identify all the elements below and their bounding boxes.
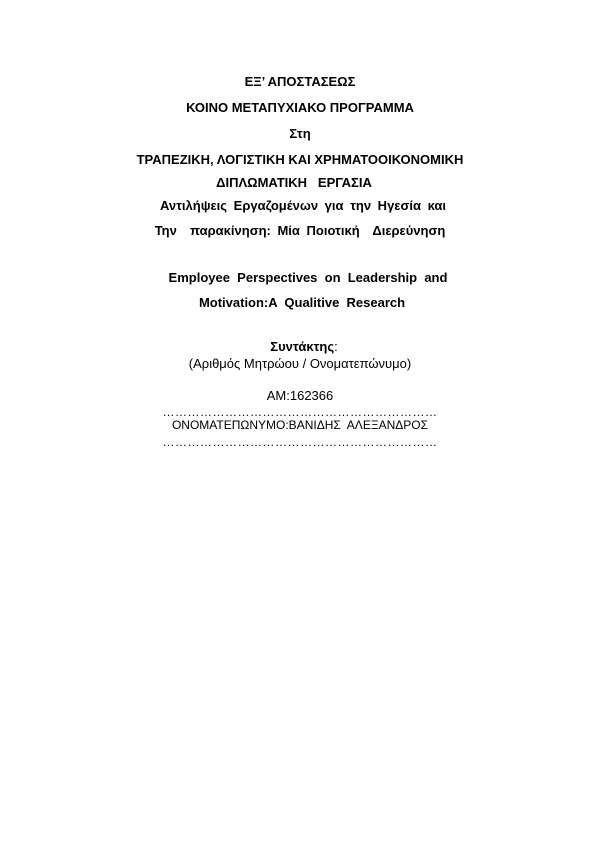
- dotted-line-top: …………………………………………………………: [0, 406, 600, 418]
- title-greek-line2: Την παρακίνηση: Μία Ποιοτική Διερεύνηση: [0, 224, 600, 237]
- title-greek-line1: Αντιλήψεις Εργαζομένων για την Ηγεσία κα…: [3, 199, 600, 212]
- title-english-line2: Motivation:A Qualitive Research: [2, 296, 600, 309]
- header-program: ΚΟΙΝΟ ΜΕΤΑΠΥΧΙΑΚΟ ΠΡΟΓΡΑΜΜΑ: [0, 101, 600, 114]
- author-name: ΟΝΟΜΑΤΕΠΩΝΥΜΟ:ΒΑΝΙΔΗΣ ΑΛΕΞΑΝΔΡΟΣ: [0, 419, 600, 431]
- author-label-text: Συντάκτης: [270, 339, 334, 354]
- author-label-colon: :: [334, 339, 338, 354]
- header-thesis: ΔΙΠΛΩΜΑΤΙΚΗ ΕΡΓΑΣΙΑ: [0, 176, 594, 189]
- header-in: Στη: [0, 127, 600, 140]
- author-hint: (Αριθμός Μητρώου / Ονοματεπώνυμο): [0, 357, 600, 370]
- registration-number: ΑΜ:162366: [0, 389, 600, 402]
- header-field: ΤΡΑΠΕΖΙΚΗ, ΛΟΓΙΣΤΙΚΗ ΚΑΙ ΧΡΗΜΑΤΟΟΙΚΟΝΟΜΙ…: [0, 153, 600, 166]
- header-distance-learning: ΕΞ’ ΑΠΟΣΤΑΣΕΩΣ: [0, 75, 600, 88]
- dotted-line-bottom: …………………………………………………………: [0, 436, 600, 448]
- author-label: Συντάκτης:: [4, 340, 600, 353]
- title-english-line1: Employee Perspectives on Leadership and: [8, 271, 600, 284]
